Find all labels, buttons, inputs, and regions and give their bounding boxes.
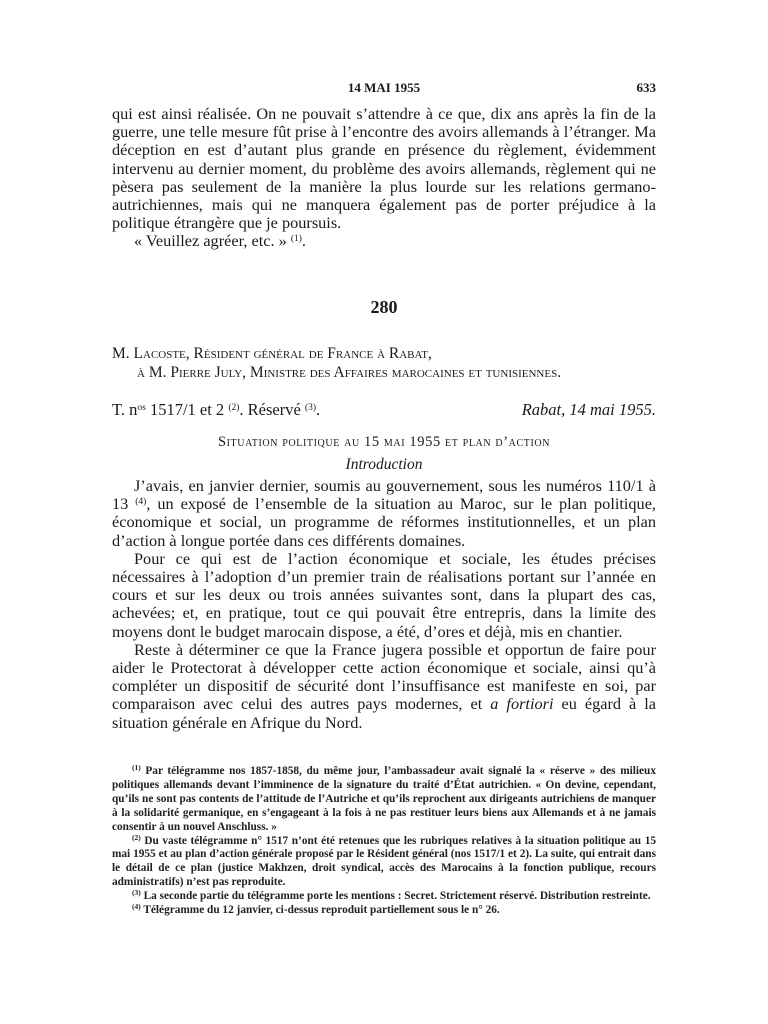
ref-prefix: T. n <box>112 400 137 419</box>
document-number: 280 <box>112 297 656 318</box>
sender-line: M. Lacoste, Résident général de France à… <box>112 344 672 363</box>
subsection-title: Introduction <box>112 456 656 474</box>
p1-end: , un exposé de l’ensemble de la situatio… <box>112 494 656 549</box>
ref-prefix-sup: os <box>137 403 145 413</box>
footnote-marker: (3) <box>132 888 141 897</box>
recipient-line: à M. Pierre July, Ministre des Affaires … <box>112 363 672 382</box>
closing-formula: « Veuillez agréer, etc. » (1). <box>112 232 656 250</box>
footnote-text: Télégramme du 12 janvier, ci-dessus repr… <box>141 904 500 916</box>
body-paragraph-1: J’avais, en janvier dernier, soumis au g… <box>112 477 656 550</box>
footnote-ref-4[interactable]: (4) <box>135 497 146 507</box>
footnote-1: (1) Par télégramme nos 1857-1858, du mêm… <box>112 765 656 835</box>
continuation-text: qui est ainsi réalisée. On ne pouvait s’… <box>112 105 656 251</box>
section-title: Situation politique au 15 mai 1955 et pl… <box>112 434 656 451</box>
footnote-marker: (4) <box>132 902 141 911</box>
closing-text: « Veuillez agréer, etc. » <box>134 231 287 250</box>
reference-line: T. nos 1517/1 et 2 (2). Réservé (3). Rab… <box>112 400 656 420</box>
footnote-ref-3[interactable]: (3) <box>305 403 316 413</box>
footnote-marker: (1) <box>132 763 141 772</box>
page-number: 633 <box>637 80 657 96</box>
body-paragraph-3: Reste à déterminer ce que la France juge… <box>112 641 656 732</box>
telegram-reference: T. nos 1517/1 et 2 (2). Réservé (3). <box>112 400 320 420</box>
ref-classification: . Réservé <box>239 400 305 419</box>
footnote-4: (4) Télégramme du 12 janvier, ci-dessus … <box>112 904 656 918</box>
ref-end: . <box>316 400 320 419</box>
place-date: Rabat, 14 mai 1955. <box>522 400 656 420</box>
footnote-3: (3) La seconde partie du télégramme port… <box>112 890 656 904</box>
footnote-text: La seconde partie du télégramme porte le… <box>141 890 651 902</box>
footnote-text: Du vaste télégramme n° 1517 n’ont été re… <box>112 835 656 889</box>
running-head: 14 MAI 1955 633 <box>112 80 656 98</box>
footnote-ref-1[interactable]: (1) <box>291 234 302 244</box>
footnote-text: Par télégramme nos 1857-1858, du même jo… <box>112 765 656 833</box>
running-head-date: 14 MAI 1955 <box>112 80 656 96</box>
footnotes: (1) Par télégramme nos 1857-1858, du mêm… <box>112 765 656 918</box>
body-text: J’avais, en janvier dernier, soumis au g… <box>112 477 656 732</box>
continuation-paragraph: qui est ainsi réalisée. On ne pouvait s’… <box>112 105 656 232</box>
footnote-2: (2) Du vaste télégramme n° 1517 n’ont ét… <box>112 835 656 891</box>
body-paragraph-2: Pour ce qui est de l’action économique e… <box>112 550 656 641</box>
footnote-marker: (2) <box>132 833 141 842</box>
p3-italic: a fortiori <box>490 694 553 713</box>
closing-period: . <box>302 231 306 250</box>
footnote-ref-2[interactable]: (2) <box>228 403 239 413</box>
ref-numbers: 1517/1 et 2 <box>146 400 229 419</box>
correspondence-header: M. Lacoste, Résident général de France à… <box>112 344 672 382</box>
